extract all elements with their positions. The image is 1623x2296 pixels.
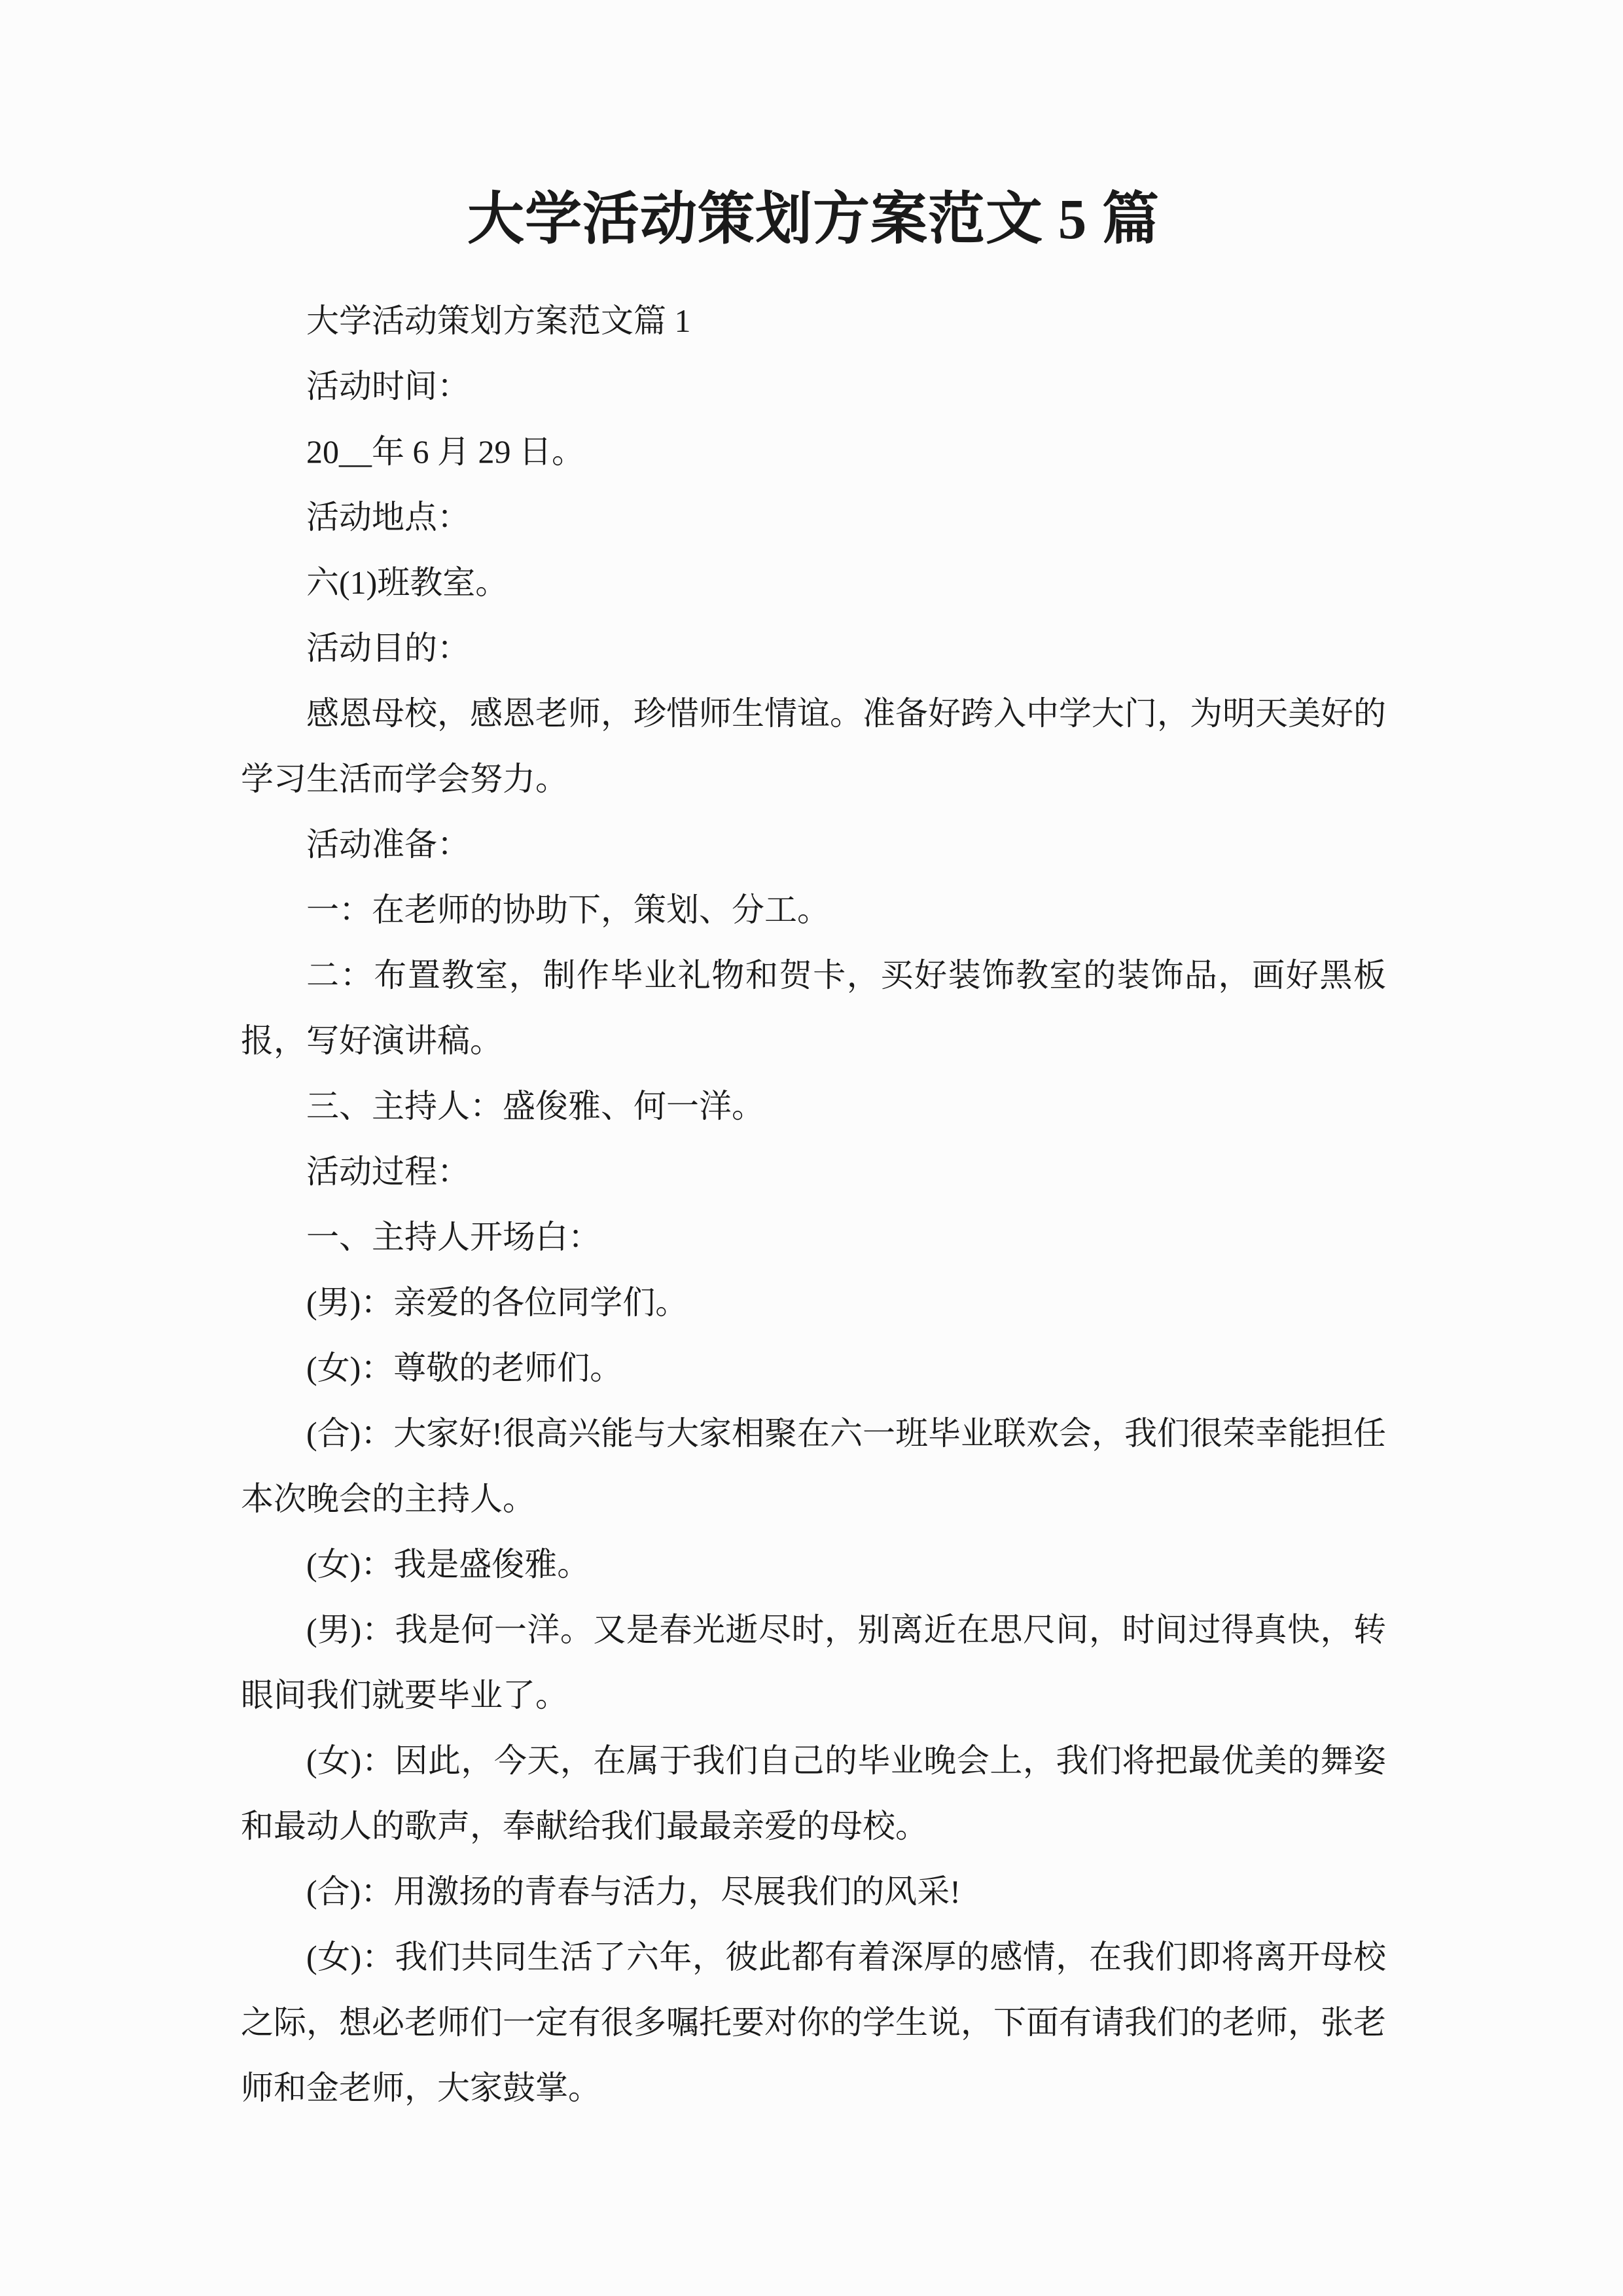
paragraph: (女)：尊敬的老师们。: [241, 1335, 1386, 1401]
paragraph: (合)：用激扬的青春与活力，尽展我们的风采!: [241, 1859, 1386, 1924]
paragraph: 感恩母校，感恩老师，珍惜师生情谊。准备好跨入中学大门，为明天美好的学习生活而学会…: [241, 681, 1386, 812]
paragraph: 活动过程：: [241, 1139, 1386, 1204]
paragraph: 二：布置教室，制作毕业礼物和贺卡，买好装饰教室的装饰品，画好黑板报，写好演讲稿。: [241, 942, 1386, 1073]
paragraph: 活动地点：: [241, 484, 1386, 550]
paragraph: 大学活动策划方案范文篇 1: [241, 288, 1386, 353]
paragraph: (女)：因此，今天，在属于我们自己的毕业晚会上，我们将把最优美的舞姿和最动人的歌…: [241, 1728, 1386, 1859]
paragraph: (男)：亲爱的各位同学们。: [241, 1270, 1386, 1335]
document-body: 大学活动策划方案范文篇 1 活动时间： 20__年 6 月 29 日。 活动地点…: [241, 288, 1386, 2121]
paragraph: 活动目的：: [241, 615, 1386, 681]
paragraph: 活动时间：: [241, 353, 1386, 419]
paragraph: 一、主持人开场白：: [241, 1204, 1386, 1270]
paragraph: (女)：我是盛俊雅。: [241, 1532, 1386, 1597]
paragraph: (女)：我们共同生活了六年，彼此都有着深厚的感情，在我们即将离开母校之际，想必老…: [241, 1924, 1386, 2121]
paragraph: (男)：我是何一洋。又是春光逝尽时，别离近在思尺间，时间过得真快，转眼间我们就要…: [241, 1597, 1386, 1728]
document-title: 大学活动策划方案范文 5 篇: [241, 187, 1386, 252]
paragraph: 一：在老师的协助下，策划、分工。: [241, 877, 1386, 942]
document-page: 大学活动策划方案范文 5 篇 大学活动策划方案范文篇 1 活动时间： 20__年…: [0, 0, 1623, 2296]
paragraph: (合)：大家好!很高兴能与大家相聚在六一班毕业联欢会，我们很荣幸能担任本次晚会的…: [241, 1401, 1386, 1532]
paragraph: 活动准备：: [241, 812, 1386, 877]
paragraph: 三、主持人：盛俊雅、何一洋。: [241, 1073, 1386, 1139]
paragraph: 六(1)班教室。: [241, 550, 1386, 615]
paragraph: 20__年 6 月 29 日。: [241, 419, 1386, 484]
